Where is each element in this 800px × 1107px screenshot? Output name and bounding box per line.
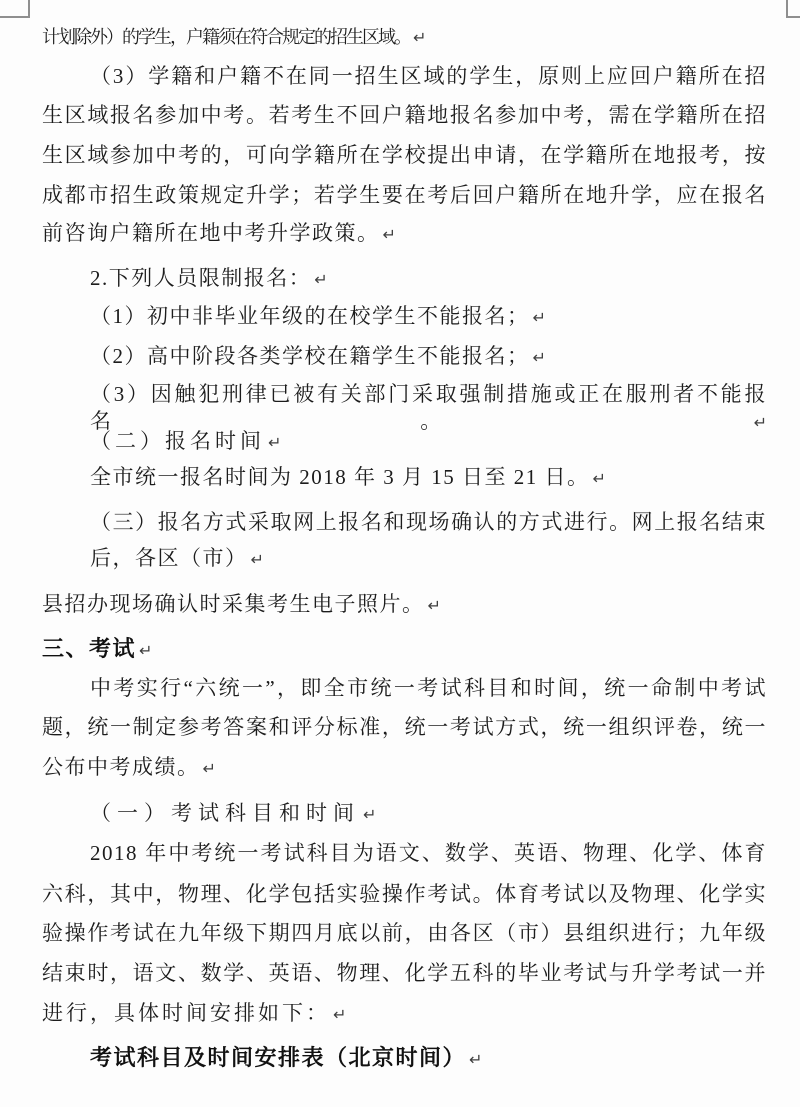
paragraph-mark-icon: ↵ [268, 433, 281, 452]
text-line-content: 生区域参加中考的，可向学籍所在学校提出申请，在学籍所在地报考，按 [42, 143, 767, 167]
text-line-content: 中考实行“六统一”，即全市统一考试科目和时间，统一命制中考试 [90, 676, 767, 700]
paragraph-mark-icon: ↵ [469, 1050, 482, 1069]
text-line: 县招办现场确认时采集考生电子照片。↵ [42, 591, 767, 619]
paragraph-mark-icon: ↵ [593, 469, 606, 488]
text-line-content: 成都市招生政策规定升学；若学生要在考后回户籍所在地升学，应在报名 [42, 183, 767, 207]
text-line: 2.下列人员限制报名：↵ [42, 265, 767, 293]
text-boundary-mark-top-right-icon [786, 0, 800, 18]
text-line: 进行，具体时间安排如下：↵ [42, 1000, 767, 1028]
text-line: 成都市招生政策规定升学；若学生要在考后回户籍所在地升学，应在报名 [42, 182, 767, 209]
text-line-content: 2.下列人员限制报名： [90, 266, 311, 290]
text-line-content: 六科，其中，物理、化学包括实验操作考试。体育考试以及物理、化学实 [42, 882, 767, 906]
text-line: 后，各区（市）↵ [42, 545, 767, 573]
text-line: 结束时，语文、数学、英语、物理、化学五科的毕业考试与升学考试一并 [42, 960, 767, 987]
text-line-content: 生区域报名参加中考。若考生不回户籍地报名参加中考，需在学籍所在招 [42, 103, 767, 127]
text-line: 2018 年中考统一考试科目为语文、数学、英语、物理、化学、体育 [42, 840, 767, 867]
text-line-content: 考试科目及时间安排表（北京时间） [90, 1045, 466, 1070]
paragraph-mark-icon: ↵ [314, 270, 327, 289]
text-line: （三）报名方式采取网上报名和现场确认的方式进行。网上报名结束 [42, 509, 767, 536]
text-line-content: 县招办现场确认时采集考生电子照片。 [42, 592, 425, 616]
text-line: 考试科目及时间安排表（北京时间）↵ [42, 1044, 767, 1073]
paragraph-mark-icon: ↵ [333, 1005, 346, 1024]
text-line: 三、考试↵ [42, 635, 767, 664]
text-line-content: （三）报名方式采取网上报名和现场确认的方式进行。网上报名结束 [90, 510, 767, 534]
text-line-content: 结束时，语文、数学、英语、物理、化学五科的毕业考试与升学考试一并 [42, 961, 767, 985]
paragraph-mark-icon: ↵ [139, 641, 152, 660]
text-line-content: 后，各区（市） [90, 546, 248, 570]
paragraph-mark-icon: ↵ [363, 805, 376, 824]
text-line-content: 验操作考试在九年级下期四月底以前，由各区（市）县组织进行；九年级 [42, 921, 767, 945]
text-line-content: 2018 年中考统一考试科目为语文、数学、英语、物理、化学、体育 [90, 841, 767, 865]
paragraph-mark-icon: ↵ [251, 550, 264, 569]
paragraph-mark-icon: ↵ [533, 308, 546, 327]
text-line: 全市统一报名时间为 2018 年 3 月 15 日至 21 日。↵ [42, 464, 767, 492]
text-line: （二）报名时间↵ [42, 428, 767, 456]
text-line: （2）高中阶段各类学校在籍学生不能报名；↵ [42, 343, 767, 371]
text-line-content: 公布中考成绩。 [42, 755, 200, 779]
document-page: 计划除外）的学生，户籍须在符合规定的招生区域。↵（3）学籍和户籍不在同一招生区域… [0, 0, 800, 1107]
paragraph-mark-icon: ↵ [203, 759, 216, 778]
text-line: 公布中考成绩。↵ [42, 754, 767, 782]
text-line-content: （3）学籍和户籍不在同一招生区域的学生，原则上应回户籍所在招 [90, 64, 767, 88]
text-line-content: 前咨询户籍所在地中考升学政策。 [42, 221, 380, 245]
text-line-content: （二）报名时间 [90, 429, 265, 453]
text-line-content: 题，统一制定参考答案和评分标准，统一考试方式，统一组织评卷，统一 [42, 715, 767, 739]
text-line: 生区域报名参加中考。若考生不回户籍地报名参加中考，需在学籍所在招 [42, 102, 767, 129]
text-line: 六科，其中，物理、化学包括实验操作考试。体育考试以及物理、化学实 [42, 881, 767, 908]
text-line: （一）考试科目和时间↵ [42, 800, 767, 828]
text-line: 计划除外）的学生，户籍须在符合规定的招生区域。↵ [42, 24, 767, 51]
text-line-content: 三、考试 [42, 636, 136, 661]
text-line: 中考实行“六统一”，即全市统一考试科目和时间，统一命制中考试 [42, 675, 767, 702]
text-line-content: （3）因触犯刑律已被有关部门采取强制措施或正在服刑者不能报名。 [90, 382, 767, 433]
text-line-content: 进行，具体时间安排如下： [42, 1001, 330, 1025]
text-line: 前咨询户籍所在地中考升学政策。↵ [42, 220, 767, 248]
text-line: 验操作考试在九年级下期四月底以前，由各区（市）县组织进行；九年级 [42, 920, 767, 947]
text-boundary-mark-top-left-icon [0, 0, 30, 18]
text-line: （1）初中非毕业年级的在校学生不能报名；↵ [42, 303, 767, 331]
text-line: 题，统一制定参考答案和评分标准，统一考试方式，统一组织评卷，统一 [42, 714, 767, 741]
paragraph-mark-icon: ↵ [383, 225, 396, 244]
text-line-content: 计划除外）的学生，户籍须在符合规定的招生区域。 [42, 27, 410, 47]
text-line-content: （一）考试科目和时间 [90, 801, 360, 825]
text-line-content: 全市统一报名时间为 2018 年 3 月 15 日至 21 日。 [90, 465, 590, 489]
paragraph-mark-icon: ↵ [413, 28, 426, 47]
text-line-content: （2）高中阶段各类学校在籍学生不能报名； [90, 344, 530, 368]
paragraph-mark-icon: ↵ [533, 348, 546, 367]
text-line: 生区域参加中考的，可向学籍所在学校提出申请，在学籍所在地报考，按 [42, 142, 767, 169]
text-line: （3）学籍和户籍不在同一招生区域的学生，原则上应回户籍所在招 [42, 63, 767, 90]
text-line-content: （1）初中非毕业年级的在校学生不能报名； [90, 304, 530, 328]
paragraph-mark-icon: ↵ [428, 596, 441, 615]
